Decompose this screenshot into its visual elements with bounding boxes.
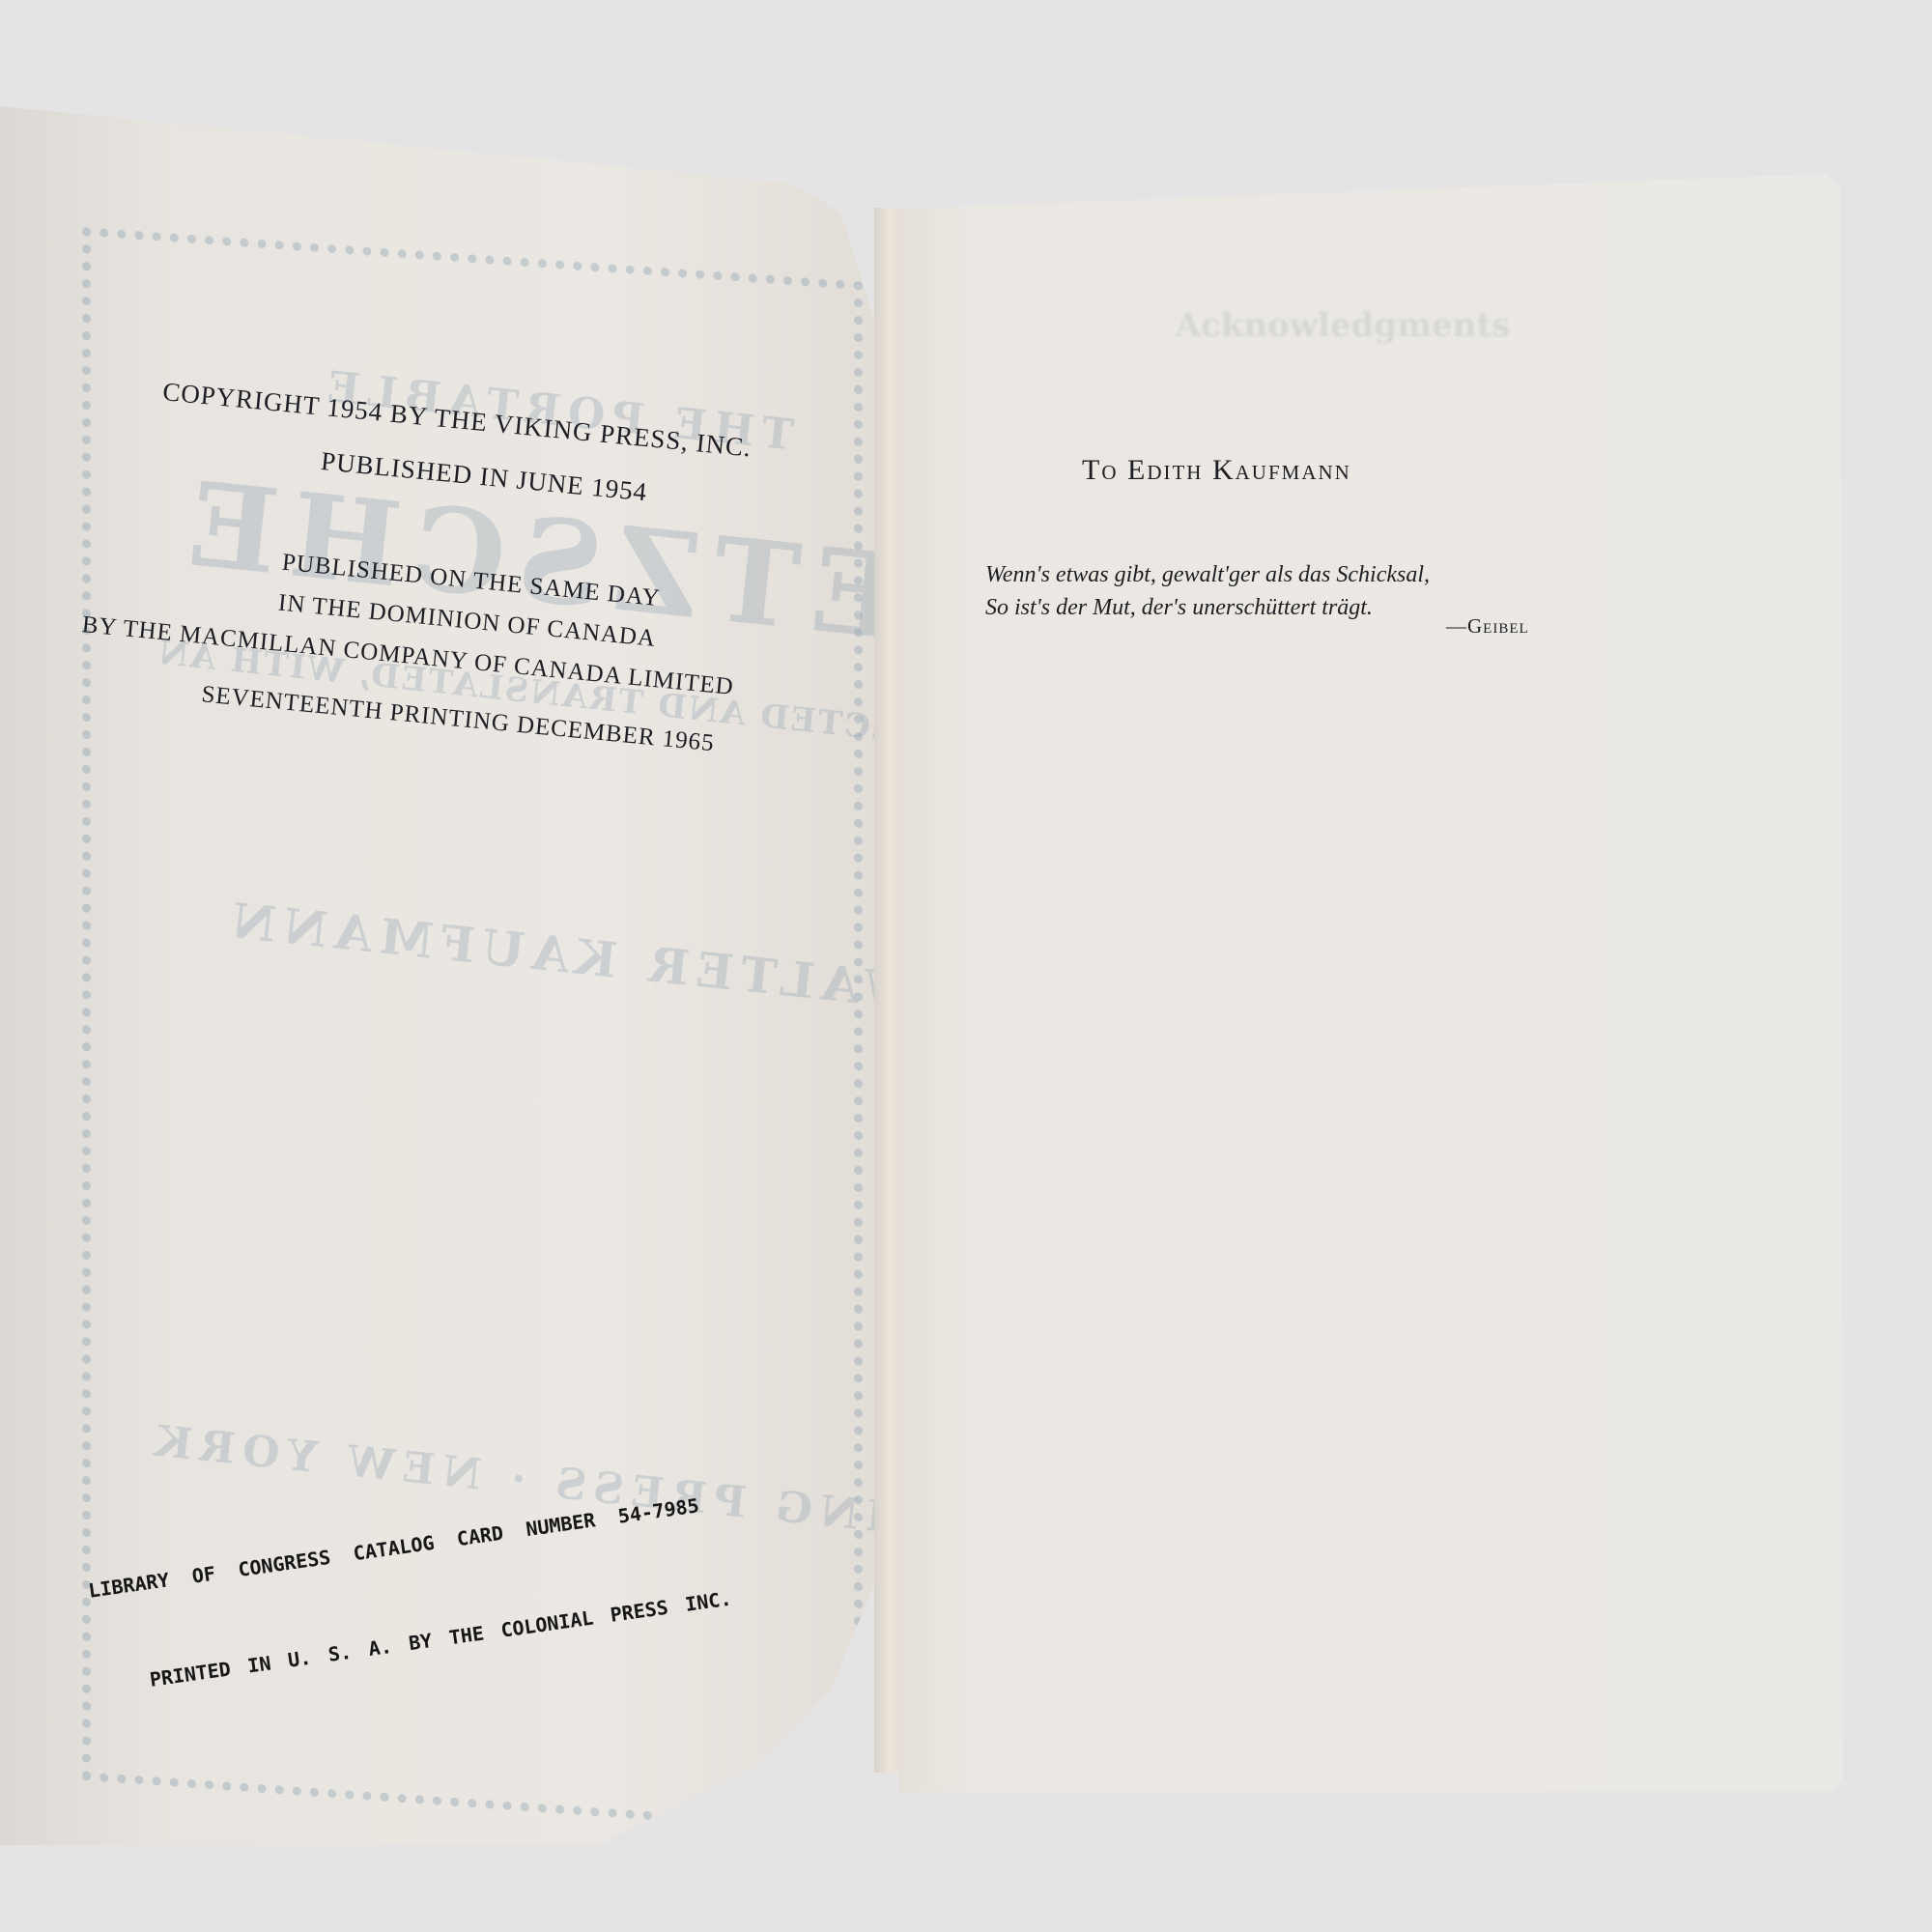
- epigraph-line: So ist's der Mut, der's unerschüttert tr…: [985, 591, 1430, 624]
- epigraph-attribution: —Geibel: [1446, 614, 1529, 639]
- dedication: To Edith Kaufmann: [1082, 454, 1351, 487]
- right-page: [898, 174, 1843, 1792]
- show-through-heading: Acknowledgments: [976, 309, 1710, 342]
- epigraph: Wenn's etwas gibt, gewalt'ger als das Sc…: [985, 558, 1430, 624]
- epigraph-line: Wenn's etwas gibt, gewalt'ger als das Sc…: [985, 558, 1430, 591]
- show-through-acknowledgments: Acknowledgments: [976, 309, 1710, 381]
